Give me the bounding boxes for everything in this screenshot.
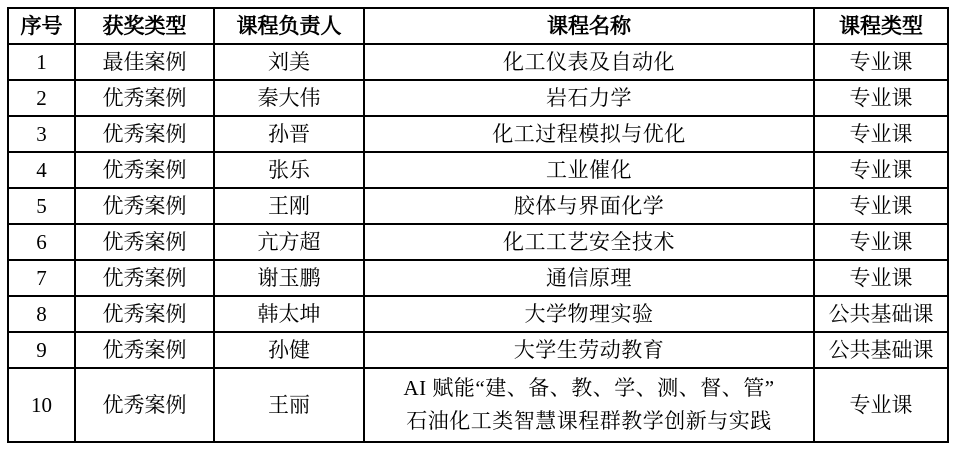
- column-header-no: 序号: [8, 8, 75, 44]
- cell-type: 专业课: [814, 368, 948, 442]
- cell-course: 化工过程模拟与优化: [364, 116, 814, 152]
- cell-award: 优秀案例: [75, 260, 214, 296]
- cell-leader: 王刚: [214, 188, 364, 224]
- cell-course: 大学物理实验: [364, 296, 814, 332]
- column-header-course: 课程名称: [364, 8, 814, 44]
- table-row: 6优秀案例亢方超化工工艺安全技术专业课: [8, 224, 948, 260]
- table-row: 7优秀案例谢玉鹏通信原理专业课: [8, 260, 948, 296]
- cell-leader: 秦大伟: [214, 80, 364, 116]
- table-row: 1最佳案例刘美化工仪表及自动化专业课: [8, 44, 948, 80]
- cell-leader: 刘美: [214, 44, 364, 80]
- table-row: 2优秀案例秦大伟岩石力学专业课: [8, 80, 948, 116]
- table-row: 10优秀案例王丽AI 赋能“建、备、教、学、测、督、管” 石油化工类智慧课程群教…: [8, 368, 948, 442]
- table-body: 1最佳案例刘美化工仪表及自动化专业课2优秀案例秦大伟岩石力学专业课3优秀案例孙晋…: [8, 44, 948, 442]
- column-header-leader: 课程负责人: [214, 8, 364, 44]
- table-row: 4优秀案例张乐工业催化专业课: [8, 152, 948, 188]
- cell-no: 2: [8, 80, 75, 116]
- cell-award: 优秀案例: [75, 224, 214, 260]
- column-header-type: 课程类型: [814, 8, 948, 44]
- cell-course: 大学生劳动教育: [364, 332, 814, 368]
- cell-type: 专业课: [814, 224, 948, 260]
- cell-no: 6: [8, 224, 75, 260]
- cell-award: 优秀案例: [75, 332, 214, 368]
- cell-no: 7: [8, 260, 75, 296]
- cell-no: 4: [8, 152, 75, 188]
- cell-course: 化工工艺安全技术: [364, 224, 814, 260]
- cell-award: 优秀案例: [75, 116, 214, 152]
- header-row: 序号获奖类型课程负责人课程名称课程类型: [8, 8, 948, 44]
- cell-no: 3: [8, 116, 75, 152]
- cell-type: 专业课: [814, 44, 948, 80]
- cell-leader: 谢玉鹏: [214, 260, 364, 296]
- table-row: 5优秀案例王刚胶体与界面化学专业课: [8, 188, 948, 224]
- cell-type: 专业课: [814, 80, 948, 116]
- cell-no: 10: [8, 368, 75, 442]
- award-course-table: 序号获奖类型课程负责人课程名称课程类型 1最佳案例刘美化工仪表及自动化专业课2优…: [7, 7, 949, 443]
- cell-award: 最佳案例: [75, 44, 214, 80]
- cell-leader: 王丽: [214, 368, 364, 442]
- table-header: 序号获奖类型课程负责人课程名称课程类型: [8, 8, 948, 44]
- cell-leader: 亢方超: [214, 224, 364, 260]
- cell-no: 5: [8, 188, 75, 224]
- cell-type: 专业课: [814, 152, 948, 188]
- table-row: 9优秀案例孙健大学生劳动教育公共基础课: [8, 332, 948, 368]
- cell-type: 专业课: [814, 260, 948, 296]
- cell-award: 优秀案例: [75, 188, 214, 224]
- table-row: 3优秀案例孙晋化工过程模拟与优化专业课: [8, 116, 948, 152]
- cell-leader: 韩太坤: [214, 296, 364, 332]
- cell-award: 优秀案例: [75, 368, 214, 442]
- cell-course: 岩石力学: [364, 80, 814, 116]
- cell-course: 通信原理: [364, 260, 814, 296]
- cell-award: 优秀案例: [75, 152, 214, 188]
- cell-no: 9: [8, 332, 75, 368]
- document-page: 序号获奖类型课程负责人课程名称课程类型 1最佳案例刘美化工仪表及自动化专业课2优…: [0, 0, 954, 476]
- cell-type: 公共基础课: [814, 332, 948, 368]
- cell-course: 化工仪表及自动化: [364, 44, 814, 80]
- cell-leader: 孙晋: [214, 116, 364, 152]
- cell-leader: 张乐: [214, 152, 364, 188]
- cell-course: 工业催化: [364, 152, 814, 188]
- cell-no: 8: [8, 296, 75, 332]
- cell-type: 专业课: [814, 116, 948, 152]
- cell-type: 公共基础课: [814, 296, 948, 332]
- cell-course: AI 赋能“建、备、教、学、测、督、管” 石油化工类智慧课程群教学创新与实践: [364, 368, 814, 442]
- cell-leader: 孙健: [214, 332, 364, 368]
- cell-award: 优秀案例: [75, 80, 214, 116]
- cell-type: 专业课: [814, 188, 948, 224]
- table-row: 8优秀案例韩太坤大学物理实验公共基础课: [8, 296, 948, 332]
- cell-award: 优秀案例: [75, 296, 214, 332]
- cell-course: 胶体与界面化学: [364, 188, 814, 224]
- cell-no: 1: [8, 44, 75, 80]
- column-header-award: 获奖类型: [75, 8, 214, 44]
